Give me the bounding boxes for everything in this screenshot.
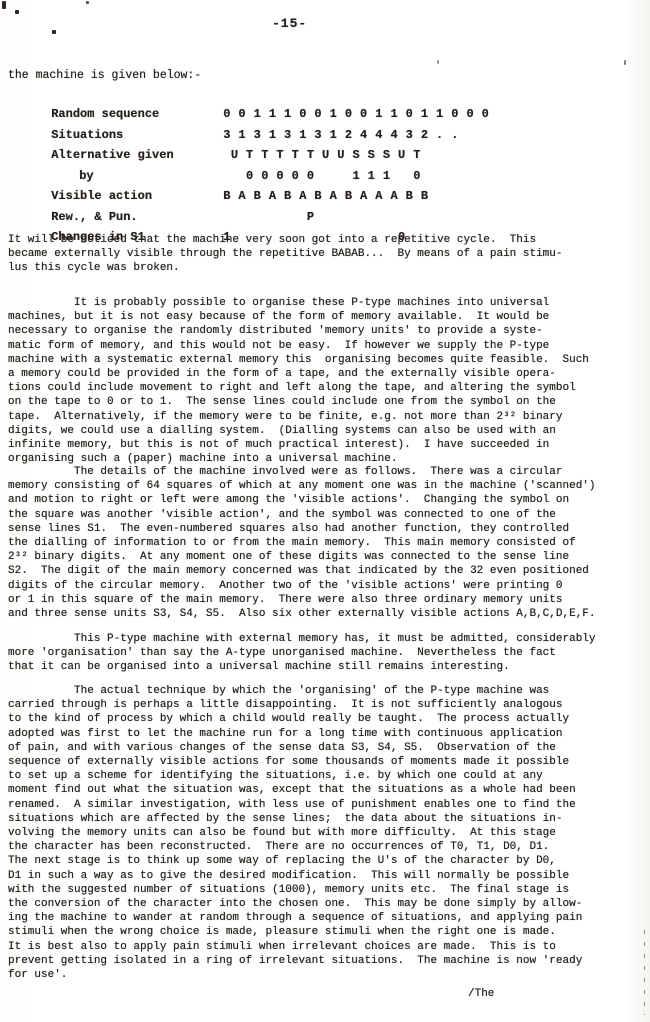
scan-speck [624,60,626,65]
machine-run-table: Random sequence0 0 1 1 1 0 0 1 0 0 1 1 0… [8,93,489,237]
page-number: -15- [272,16,307,31]
table-row-random-sequence: Random sequence0 0 1 1 1 0 0 1 0 0 1 1 0… [8,93,489,114]
scanned-document-page: -15- the machine is given below:- Random… [0,0,650,1022]
row-value: P [223,210,314,224]
paragraph-organisation-remark: This P-type machine with external memory… [8,632,644,675]
paragraph-organising-technique: The actual technique by which the 'organ… [8,684,644,982]
row-label: Random sequence [51,107,223,121]
paragraph-repetitive-cycle: It will be noticed that the machine very… [8,233,644,276]
scan-speck [2,1,6,9]
paragraph-universal-machines: It is probably possible to organise thes… [8,296,644,466]
row-label: Alternative given [51,148,223,162]
row-label: Rew., & Pun. [51,210,223,224]
scan-speck [52,30,56,34]
intro-line: the machine is given below:- [8,69,201,82]
paragraph-machine-details: The details of the machine involved were… [8,465,644,621]
row-value: U T T T T T U U S S S U T [223,148,421,162]
row-label: Visible action [51,189,223,203]
row-value: 0 0 0 0 0 1 1 1 0 [223,169,421,183]
scan-speck [86,1,89,4]
catchword: /The [468,988,494,1000]
scan-edge-artifact [644,930,645,1015]
row-value: 3 1 3 1 3 1 3 1 2 4 4 4 3 2 . . [223,128,459,142]
scan-speck [15,10,19,14]
scan-speck [437,60,439,64]
row-value: B A B A B A B A B A A A B B [223,189,428,203]
row-label: by [51,169,223,183]
row-value: 0 0 1 1 1 0 0 1 0 0 1 1 0 1 1 0 0 0 [223,107,489,121]
row-label: Situations [51,128,223,142]
